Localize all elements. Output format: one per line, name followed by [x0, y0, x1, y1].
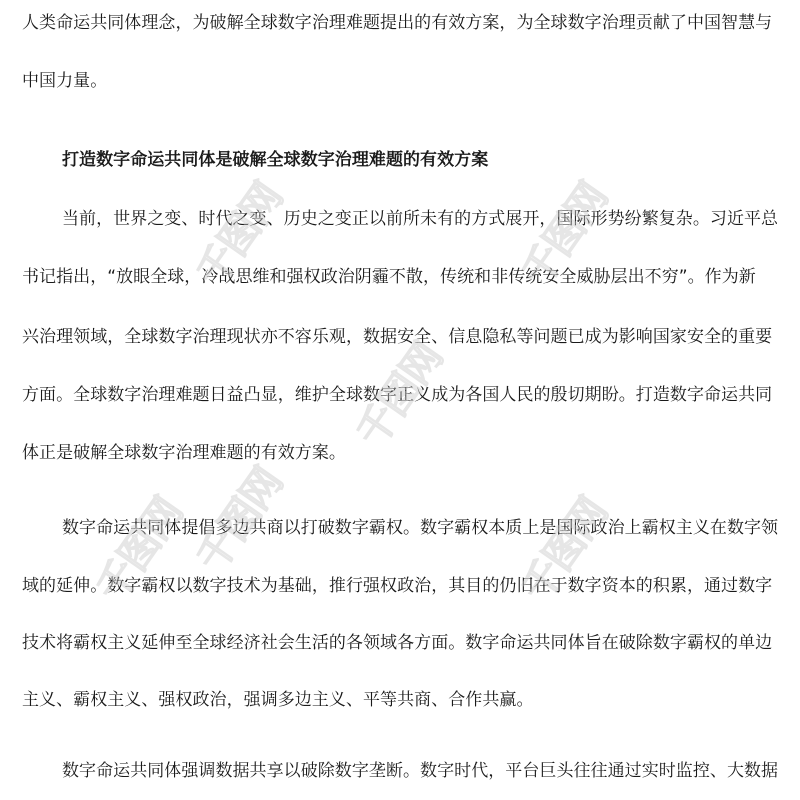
paragraph-1-line-5: 体正是破解全球数字治理难题的有效方案。 — [22, 442, 346, 464]
paragraph-2-line-2: 域的延伸。数字霸权以数字技术为基础，推行强权政治，其目的仍旧在于数字资本的积累，… — [22, 575, 772, 597]
paragraph-1-line-4: 方面。全球数字治理难题日益凸显，维护全球数字正义成为各国人民的殷切期盼。打造数字… — [22, 384, 772, 406]
paragraph-3-line-1: 数字命运共同体强调数据共享以破除数字垄断。数字时代，平台巨头往往通过实时监控、大… — [62, 760, 778, 782]
paragraph-1-line-1: 当前，世界之变、时代之变、历史之变正以前所未有的方式展开，国际形势纷繁复杂。习近… — [62, 208, 778, 230]
intro-line-2: 中国力量。 — [22, 70, 107, 92]
paragraph-2-line-1: 数字命运共同体提倡多边共商以打破数字霸权。数字霸权本质上是国际政治上霸权主义在数… — [62, 517, 778, 539]
section-heading: 打造数字命运共同体是破解全球数字治理难题的有效方案 — [62, 149, 488, 171]
paragraph-2-line-4: 主义、霸权主义、强权政治，强调多边主义、平等共商、合作共赢。 — [22, 689, 534, 711]
paragraph-1-line-2: 书记指出，“放眼全球，冷战思维和强权政治阴霾不散，传统和非传统安全威胁层出不穷”… — [22, 266, 756, 288]
intro-line-1: 人类命运共同体理念，为破解全球数字治理难题提出的有效方案，为全球数字治理贡献了中… — [22, 12, 772, 34]
paragraph-1-line-3: 兴治理领域，全球数字治理现状亦不容乐观，数据安全、信息隐私等问题已成为影响国家安… — [22, 326, 772, 348]
paragraph-2-line-3: 技术将霸权主义延伸至全球经济社会生活的各领域各方面。数字命运共同体旨在破除数字霸… — [22, 632, 772, 654]
